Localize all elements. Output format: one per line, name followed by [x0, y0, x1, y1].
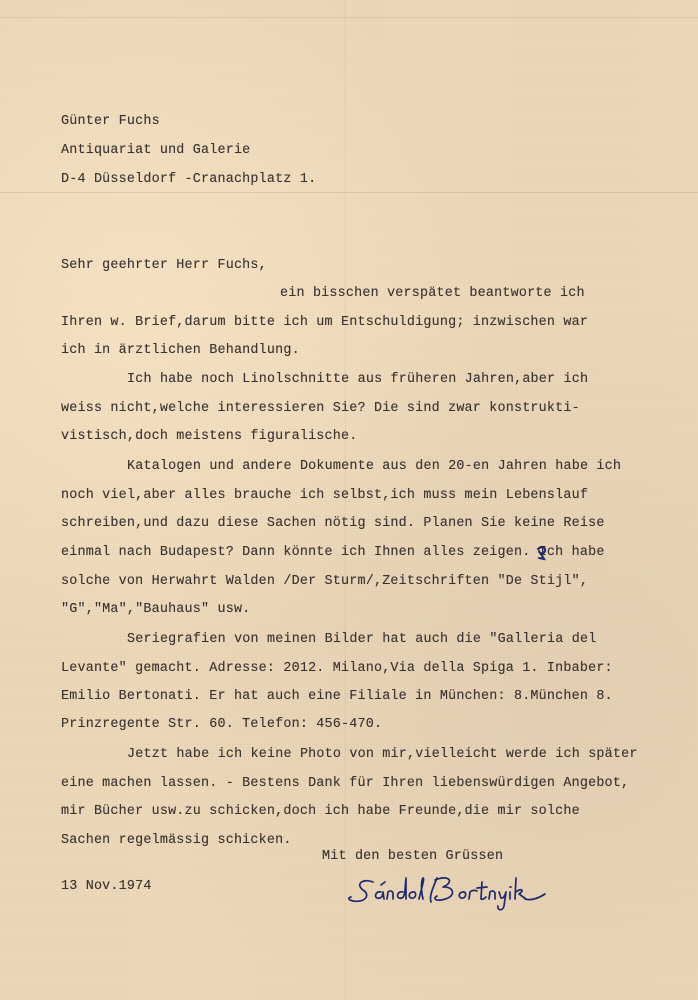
body-line: "G","Ma","Bauhaus" usw.: [61, 602, 250, 618]
body-line: ein bisschen verspätet beantworte ich: [280, 286, 585, 302]
ink-correction-mark: [535, 545, 549, 561]
body-line: weiss nicht,welche interessieren Sie? Di…: [61, 401, 580, 417]
body-line: noch viel,aber alles brauche ich selbst,…: [61, 488, 588, 504]
body-line: Prinzregente Str. 60. Telefon: 456-470.: [61, 717, 382, 733]
body-line: ich in ärztlichen Behandlung.: [61, 343, 300, 359]
body-line: Levante" gemacht. Adresse: 2012. Milano,…: [61, 661, 613, 677]
recipient-name: Günter Fuchs: [61, 114, 160, 130]
recipient-business: Antiquariat und Galerie: [61, 143, 250, 159]
body-line: einmal nach Budapest? Dann könnte ich Ih…: [61, 545, 605, 561]
body-line: Ihren w. Brief,darum bitte ich um Entsch…: [61, 315, 588, 331]
paper-fold-line: [0, 17, 698, 18]
body-line: solche von Herwahrt Walden /Der Sturm/,Z…: [61, 574, 588, 590]
body-line: Seriegrafien von meinen Bilder hat auch …: [127, 632, 596, 648]
body-line: Emilio Bertonati. Er hat auch eine Filia…: [61, 689, 613, 705]
salutation: Sehr geehrter Herr Fuchs,: [61, 258, 267, 274]
body-line: schreiben,und dazu diese Sachen nötig si…: [61, 516, 605, 532]
body-line: Katalogen und andere Dokumente aus den 2…: [127, 459, 621, 475]
body-line: Sachen regelmässig schicken.: [61, 833, 292, 849]
body-line: eine machen lassen. - Bestens Dank für I…: [61, 776, 629, 792]
body-line: Ich habe noch Linolschnitte aus früheren…: [127, 372, 588, 388]
date: 13 Nov.1974: [61, 879, 152, 895]
signature: Sándor Bortnyik: [345, 870, 550, 915]
recipient-address: D-4 Düsseldorf -Cranachplatz 1.: [61, 172, 316, 188]
body-line: Jetzt habe ich keine Photo von mir,viell…: [127, 747, 638, 763]
closing: Mit den besten Grüssen: [322, 849, 503, 865]
body-line: vistisch,doch meistens figuralische.: [61, 429, 358, 445]
body-line: mir Bücher usw.zu schicken,doch ich habe…: [61, 804, 580, 820]
paper-fold-line: [0, 192, 698, 193]
